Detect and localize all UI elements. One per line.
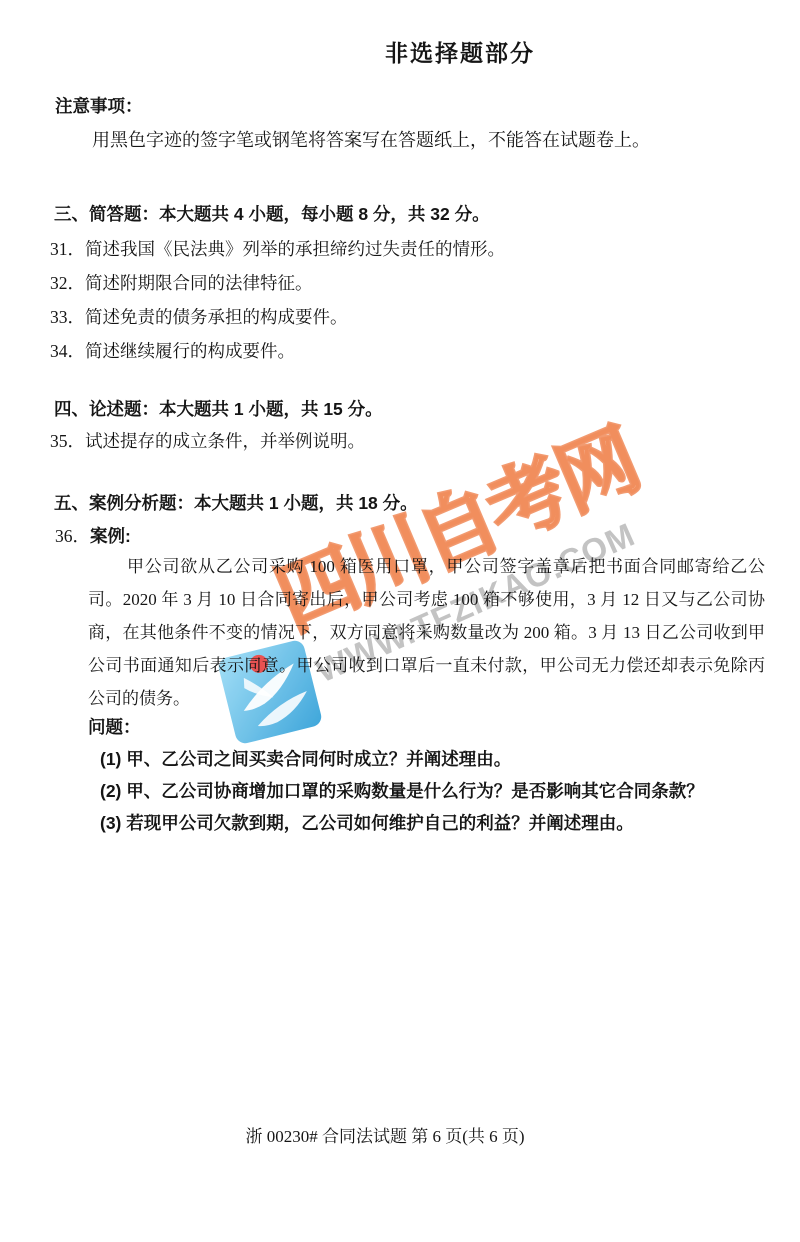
case-text: 甲公司欲从乙公司采购 100 箱医用口罩，甲公司签字盖章后把书面合同邮寄给乙公司…	[0, 550, 800, 715]
question-32: 32．简述附期限合同的法律特征。	[0, 272, 800, 294]
notice-text: 用黑色字迹的签字笔或钢笔将答案写在答题纸上，不能答在试题卷上。	[0, 129, 800, 152]
question-35: 35．试述提存的成立条件，并举例说明。	[0, 430, 800, 452]
page-title: 非选择题部分	[0, 40, 800, 66]
case-questions-label: 问题：	[0, 716, 800, 738]
section-short-answer-header: 三、简答题：本大题共 4 小题，每小题 8 分，共 32 分。	[0, 203, 800, 225]
question-33: 33．简述免责的债务承担的构成要件。	[0, 306, 800, 328]
question-31: 31．简述我国《民法典》列举的承担缔约过失责任的情形。	[0, 238, 800, 260]
notice-label: 注意事项：	[0, 95, 800, 117]
section-essay-header: 四、论述题：本大题共 1 小题，共 15 分。	[0, 398, 800, 420]
section-case-analysis-header: 五、案例分析题：本大题共 1 小题，共 18 分。	[0, 492, 800, 514]
case-question-3: (3) 若现甲公司欠款到期，乙公司如何维护自己的利益？并阐述理由。	[100, 808, 772, 839]
case-label: 36．案例:	[0, 525, 800, 547]
question-34: 34．简述继续履行的构成要件。	[0, 340, 800, 362]
page-footer: 浙 00230# 合同法试题 第 6 页(共 6 页)	[0, 1126, 785, 1148]
case-number: 36．	[55, 526, 90, 546]
case-questions: (1) 甲、乙公司之间买卖合同何时成立？并阐述理由。 (2) 甲、乙公司协商增加…	[0, 744, 800, 839]
case-word: 案例:	[90, 526, 131, 546]
case-question-1: (1) 甲、乙公司之间买卖合同何时成立？并阐述理由。	[100, 744, 772, 775]
exam-paper-page: 四川自考网 WWW.TFZIKAO.COM 非选择题部分 注意事项： 用黑色字迹…	[0, 0, 800, 1242]
exam-content: 非选择题部分 注意事项： 用黑色字迹的签字笔或钢笔将答案写在答题纸上，不能答在试…	[0, 40, 800, 839]
case-question-2: (2) 甲、乙公司协商增加口罩的采购数量是什么行为？是否影响其它合同条款？	[100, 776, 772, 807]
